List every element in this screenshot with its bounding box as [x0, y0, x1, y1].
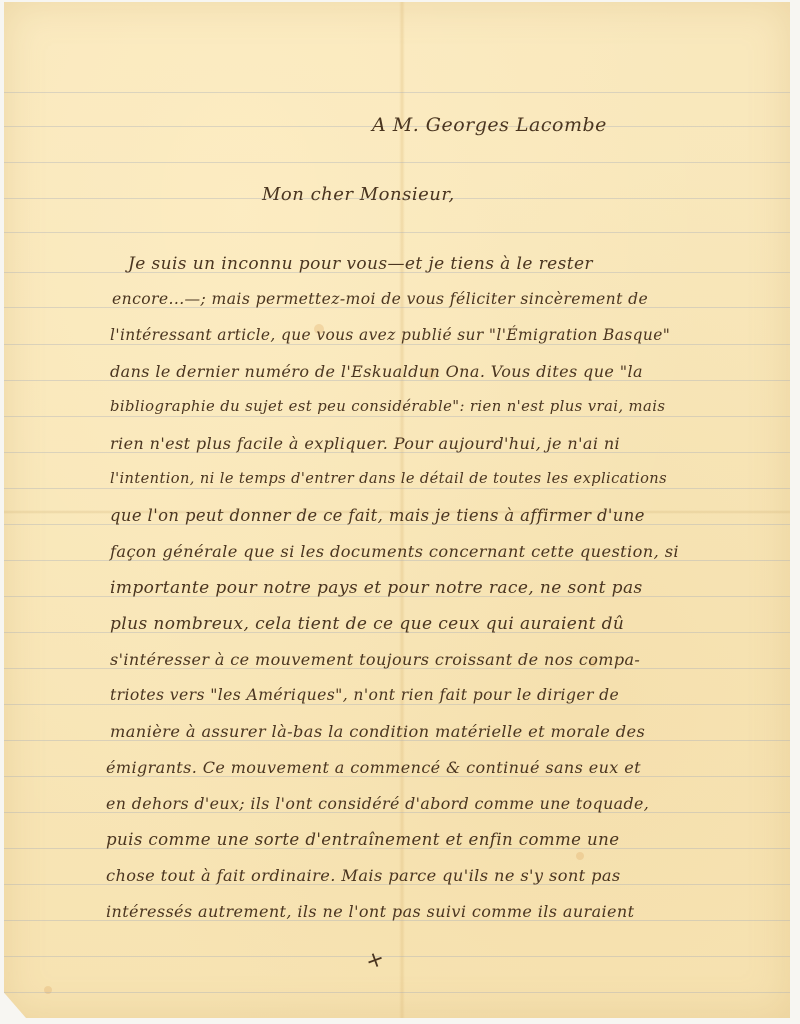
ruled-line [4, 232, 790, 233]
letter-line: rien n'est plus facile à expliquer. Pour… [110, 434, 620, 453]
ruled-line [4, 992, 790, 993]
ruled-line [4, 956, 790, 957]
foxing-spot [576, 852, 584, 860]
letter-line: émigrants. Ce mouvement a commencé & con… [106, 758, 641, 777]
letter-line: s'intéresser à ce mouvement toujours cro… [110, 650, 640, 669]
addressee: A M. Georges Lacombe [372, 114, 607, 136]
letter-line: bibliographie du sujet est peu considéra… [110, 398, 665, 415]
letter-line: l'intention, ni le temps d'entrer dans l… [110, 470, 667, 487]
letter-line: importante pour notre pays et pour notre… [110, 578, 643, 598]
letter-line: l'intéressant article, que vous avez pub… [110, 326, 670, 344]
letter-line: plus nombreux, cela tient de ce que ceux… [110, 614, 624, 634]
letter-line: intéressés autrement, ils ne l'ont pas s… [106, 902, 634, 921]
ruled-line [4, 162, 790, 163]
ruled-line [4, 344, 790, 345]
ruled-line [4, 704, 790, 705]
letter-line: en dehors d'eux; ils l'ont considéré d'a… [106, 794, 649, 813]
salutation: Mon cher Monsieur, [262, 184, 455, 205]
letter-line: encore...—; mais permettez-moi de vous f… [112, 290, 648, 308]
letter-line: Je suis un inconnu pour vous—et je tiens… [128, 254, 593, 274]
letter-line: que l'on peut donner de ce fait, mais je… [110, 506, 645, 525]
ruled-line [4, 488, 790, 489]
letter-line: façon générale que si les documents conc… [110, 542, 679, 561]
letter-line: chose tout à fait ordinaire. Mais parce … [106, 866, 621, 885]
ruled-line [4, 416, 790, 417]
ruled-line [4, 92, 790, 93]
letter-line: manière à assurer là-bas la condition ma… [110, 722, 645, 741]
letter-line: dans le dernier numéro de l'Eskualdun On… [110, 362, 643, 381]
letter-line: triotes vers "les Amériques", n'ont rien… [110, 686, 619, 704]
letter-line: puis comme une sorte d'entraînement et e… [106, 830, 619, 849]
